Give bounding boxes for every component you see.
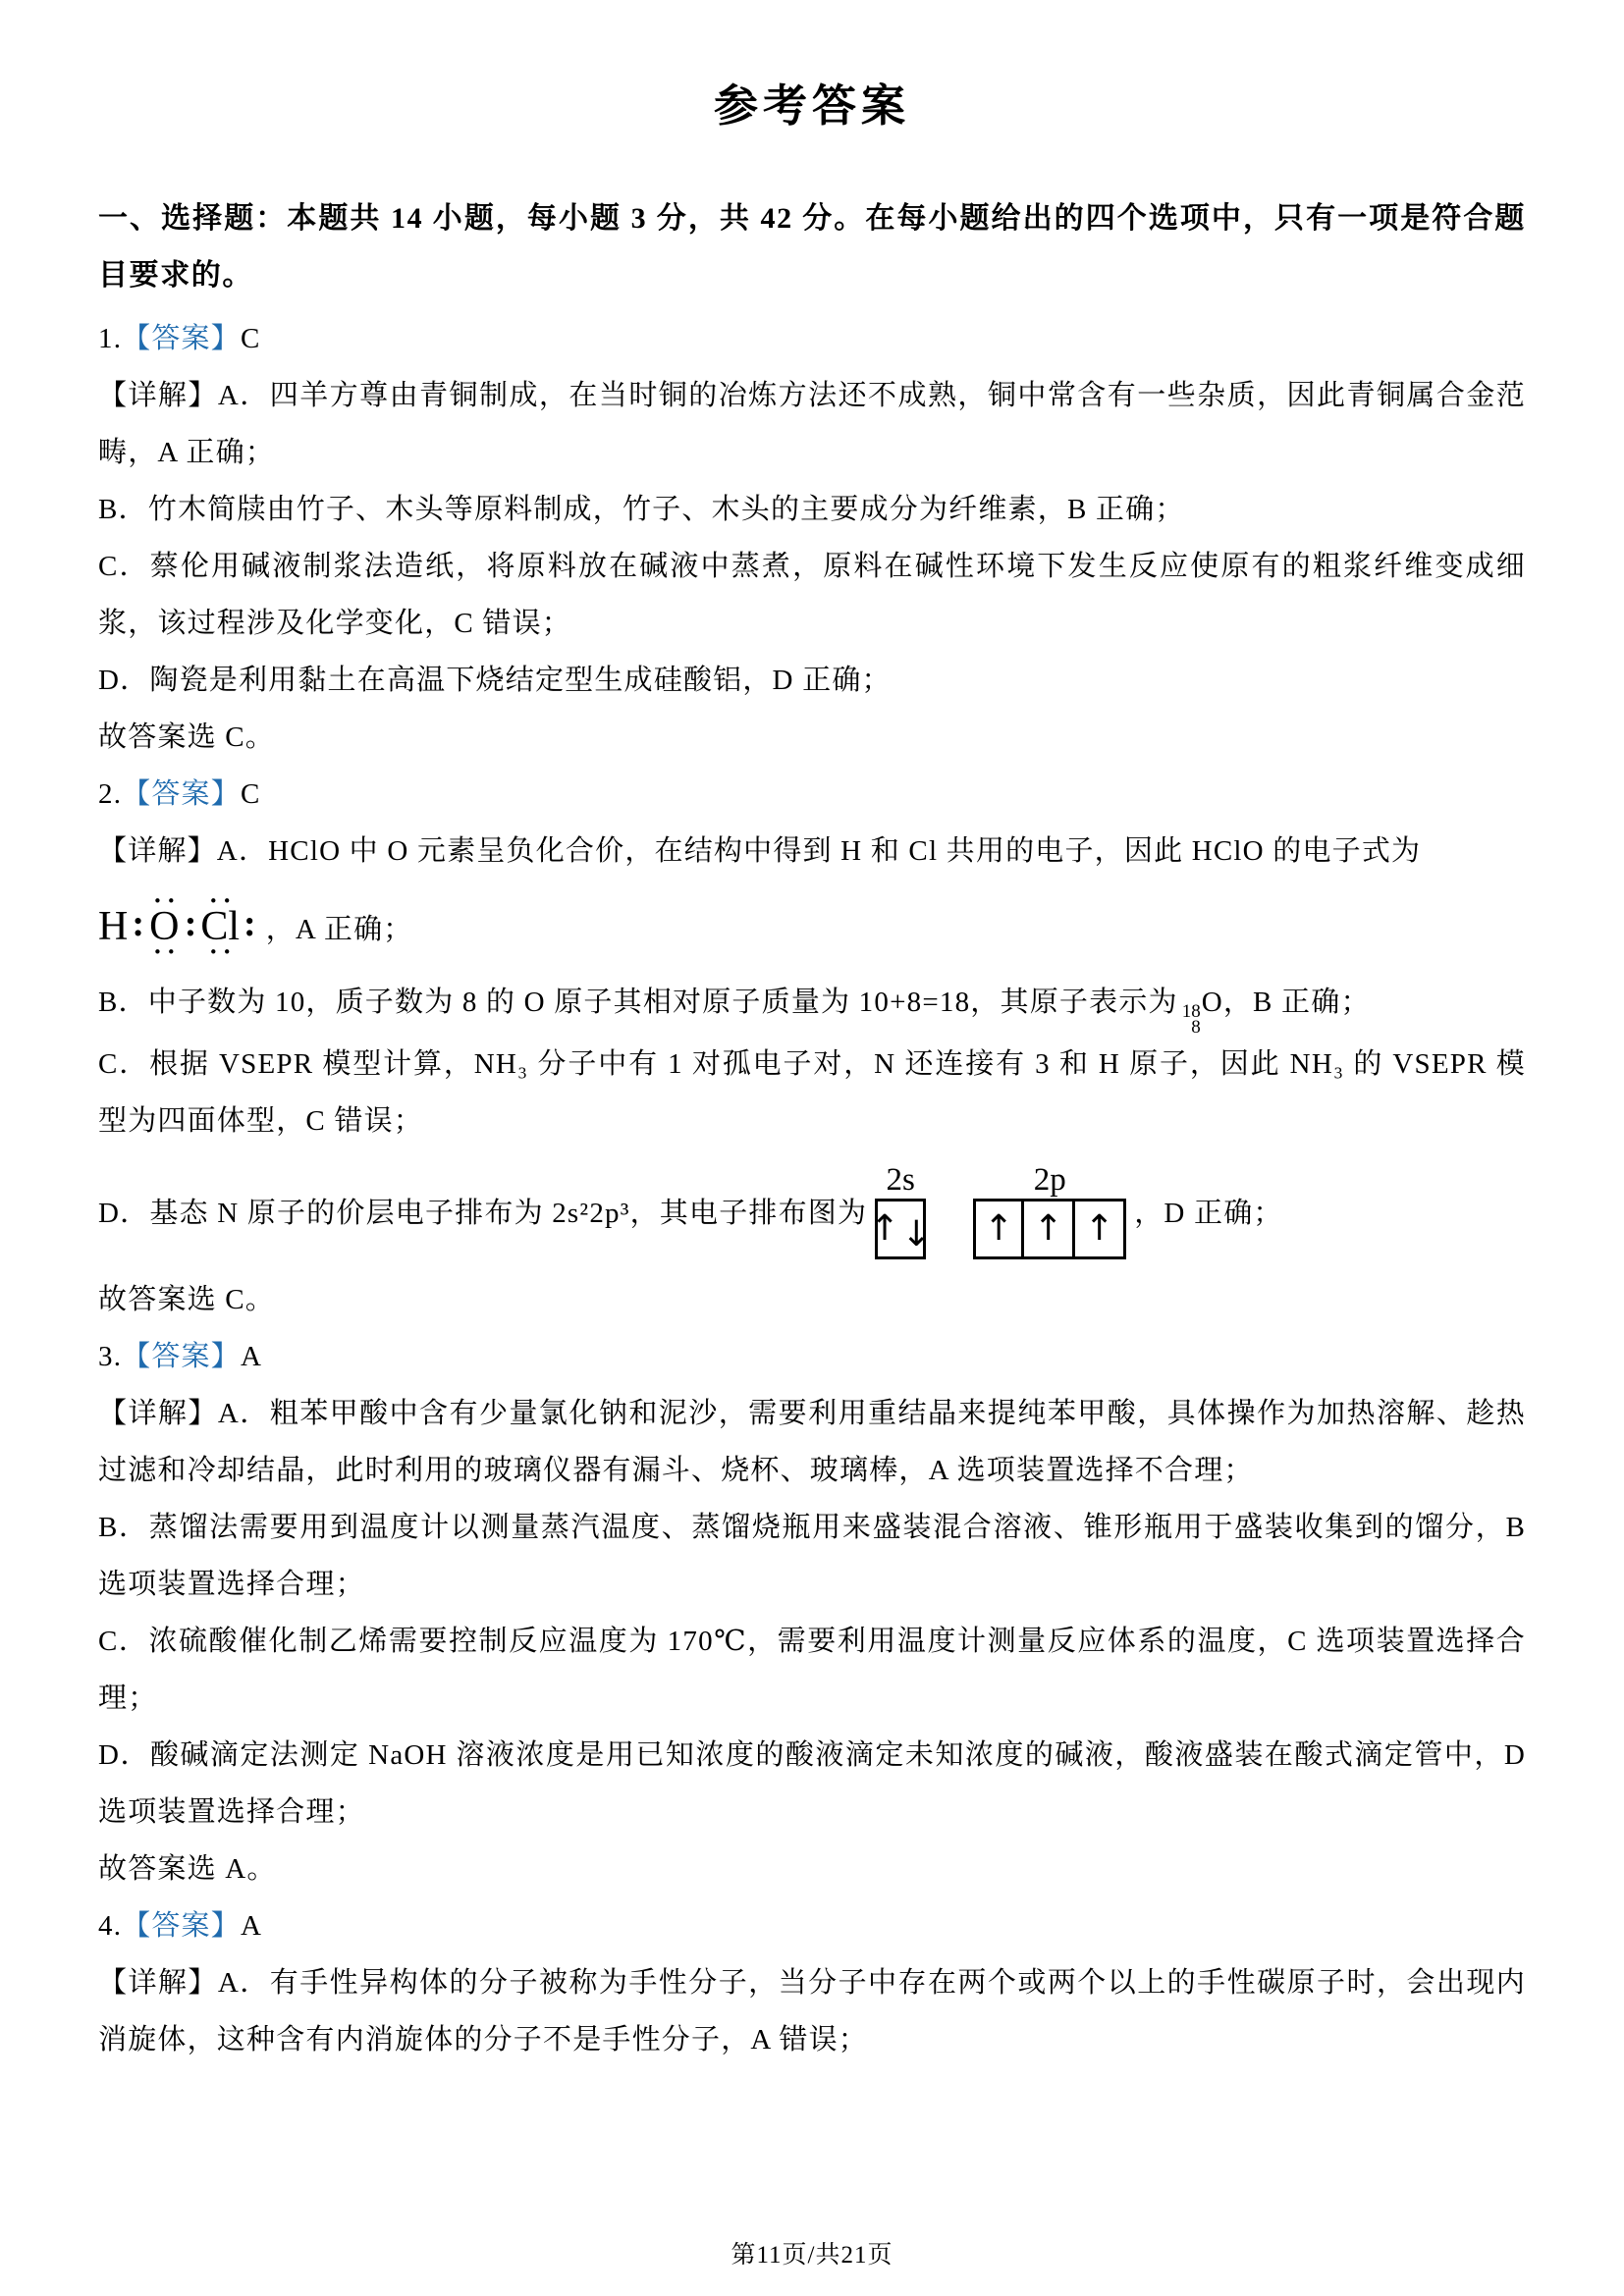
q1-detail-a: 【详解】A．四羊方尊由青铜制成，在当时铜的冶炼方法还不成熟，铜中常含有一些杂质，… [98, 367, 1526, 481]
q3-detail-a: 【详解】A．粗苯甲酸中含有少量氯化钠和泥沙，需要利用重结晶来提纯苯甲酸，具体操作… [98, 1385, 1526, 1499]
lone-pair-dots: •• [148, 946, 181, 958]
q3-detail-c: C．浓硫酸催化制乙烯需要控制反应温度为 170℃，需要利用温度计测量反应体系的温… [98, 1613, 1526, 1727]
electron-configuration-diagram: 2s ↑↓ 2p ↑↑↑ [875, 1161, 1126, 1259]
q2-detail-b: B．中子数为 10，质子数为 8 的 O 原子其相对原子质量为 10+8=18，… [98, 974, 1526, 1036]
q3-answer-label: 【答案】 [122, 1341, 241, 1372]
document-page: 参考答案 一、选择题：本题共 14 小题，每小题 3 分，共 42 分。在每小题… [0, 0, 1624, 2296]
q3-detail-d: D．酸碱滴定法测定 NaOH 溶液浓度是用已知浓度的酸液滴定未知浓度的碱液，酸液… [98, 1727, 1526, 1841]
q1-detail-b: B．竹木简牍由竹子、木头等原料制成，竹子、木头的主要成分为纤维素，B 正确； [98, 481, 1526, 538]
up-arrow-icon: ↑ [1085, 1211, 1114, 1247]
q2-detail-b-post: ，B 正确； [1223, 987, 1371, 1018]
orbital-2p-label: 2p [1034, 1161, 1066, 1199]
q4-number: 4. [98, 1910, 122, 1942]
page-title: 参考答案 [98, 77, 1526, 135]
q2-detail-c: C．根据 VSEPR 模型计算，NH₃ 分子中有 1 对孤电子对，N 还连接有 … [98, 1036, 1526, 1149]
q2-detail-a: 【详解】A．HClO 中 O 元素呈负化合价，在结构中得到 H 和 Cl 共用的… [98, 823, 1526, 880]
hclo-electron-formula: H:••O••:••Cl••: [98, 895, 260, 958]
orbital-2s-group: 2s ↑↓ [875, 1161, 926, 1259]
q2-answer-line: 2.【答案】C [98, 766, 1526, 823]
q1-answer-label: 【答案】 [122, 323, 241, 354]
q3-conclusion: 故答案选 A。 [98, 1841, 1526, 1897]
q1-detail-d: D．陶瓷是利用黏土在高温下烧结定型生成硅酸铝，D 正确； [98, 652, 1526, 709]
q4-answer-label: 【答案】 [122, 1910, 241, 1942]
lewis-atom-h: H [98, 895, 128, 958]
q4-answer-value: A [241, 1910, 262, 1942]
lewis-bond-pair: : [181, 904, 201, 943]
q3-detail-b: B．蒸馏法需要用到温度计以测量蒸汽温度、蒸馏烧瓶用来盛装混合溶液、锥形瓶用于盛装… [98, 1499, 1526, 1613]
down-arrow-icon: ↓ [901, 1217, 931, 1253]
q3-number: 3. [98, 1341, 122, 1372]
q2-detail-b-pre: B．中子数为 10，质子数为 8 的 O 原子其相对原子质量为 10+8=18，… [98, 987, 1178, 1018]
orbital-2s-label: 2s [887, 1161, 915, 1199]
up-arrow-icon: ↑ [984, 1211, 1013, 1247]
isotope-element-symbol: O [1202, 987, 1223, 1018]
q3-answer-value: A [241, 1341, 262, 1372]
orbital-box-2p-2: ↑ [1024, 1199, 1075, 1259]
orbital-box-2p-1: ↑ [973, 1199, 1024, 1259]
lone-pair-dots: •• [204, 946, 237, 958]
q2-detail-d-post: ，D 正确； [1134, 1191, 1282, 1231]
q2-detail-d-pre: D．基态 N 原子的价层电子排布为 2s²2p³，其电子排布图为 [98, 1191, 867, 1231]
q3-answer-line: 3.【答案】A [98, 1328, 1526, 1385]
q1-conclusion: 故答案选 C。 [98, 709, 1526, 766]
q1-detail-c: C．蔡伦用碱液制浆法造纸，将原料放在碱液中蒸煮，原料在碱性环境下发生反应使原有的… [98, 538, 1526, 652]
lewis-atom-o: ••O•• [148, 895, 181, 958]
q1-answer-value: C [241, 323, 261, 354]
q2-number: 2. [98, 778, 122, 810]
isotope-prescripts: 188 [1182, 1004, 1201, 1036]
lewis-atom-cl: ••Cl•• [200, 895, 240, 958]
orbital-2p-group: 2p ↑↑↑ [973, 1161, 1126, 1259]
q2-answer-label: 【答案】 [122, 778, 241, 810]
lewis-lone-pair-right: : [240, 904, 260, 943]
q2-answer-value: C [241, 778, 261, 810]
lewis-bond-pair: : [128, 904, 148, 943]
q2-conclusion: 故答案选 C。 [98, 1271, 1526, 1328]
q2-lewis-after: ，A 正确； [266, 907, 413, 947]
q4-detail-a: 【详解】A．有手性异构体的分子被称为手性分子，当分子中存在两个或两个以上的手性碳… [98, 1954, 1526, 2068]
section-heading: 一、选择题：本题共 14 小题，每小题 3 分，共 42 分。在每小题给出的四个… [98, 190, 1526, 304]
page-footer: 第11页/共21页 [0, 2235, 1624, 2270]
orbital-box-2p-3: ↑ [1075, 1199, 1126, 1259]
up-arrow-icon: ↑ [870, 1211, 899, 1247]
q4-answer-line: 4.【答案】A [98, 1897, 1526, 1954]
up-arrow-icon: ↑ [1034, 1211, 1063, 1247]
q1-answer-line: 1.【答案】C [98, 310, 1526, 367]
q2-detail-d-line: D．基态 N 原子的价层电子排布为 2s²2p³，其电子排布图为 2s ↑↓ 2… [98, 1149, 1526, 1271]
q1-number: 1. [98, 323, 122, 354]
q2-lewis-line: H:••O••:••Cl••: ，A 正确； [98, 880, 1526, 974]
isotope-atomic-number: 8 [1191, 1020, 1201, 1036]
orbital-box-2s: ↑↓ [875, 1199, 926, 1259]
